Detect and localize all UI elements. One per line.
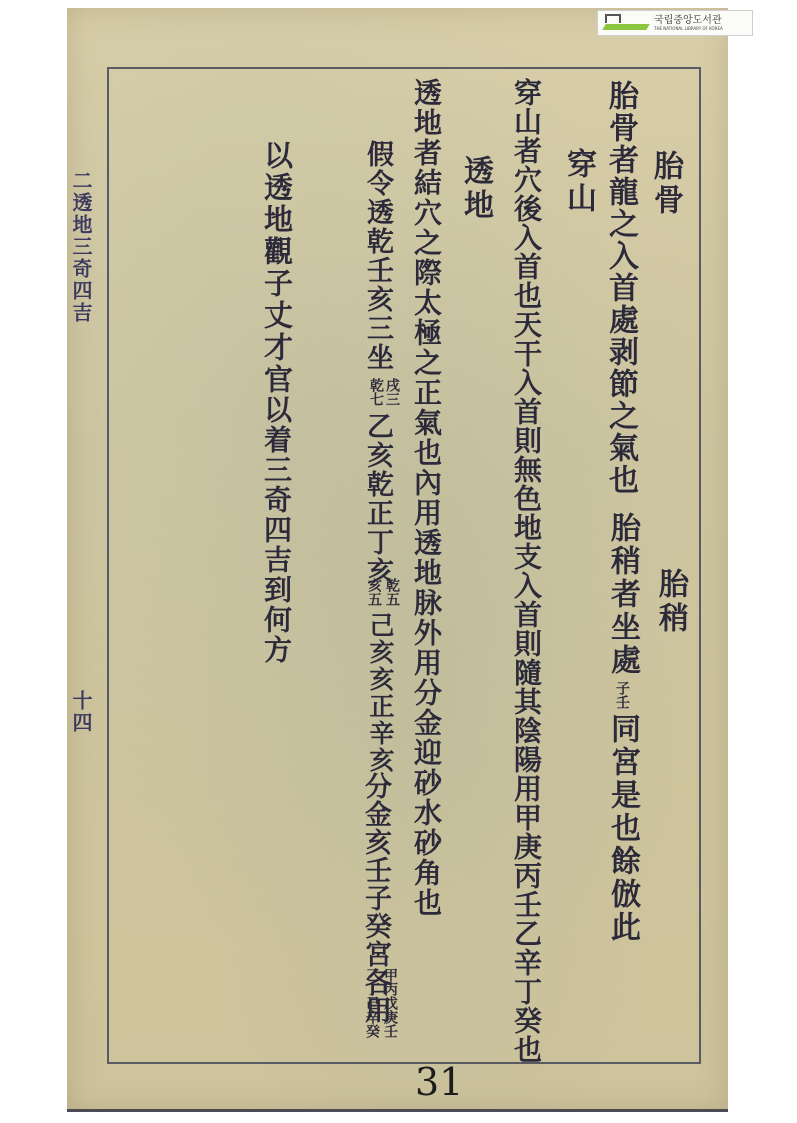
section-heading-chuanshan: 穿山 — [563, 148, 593, 216]
logo-english-text: THE NATIONAL LIBRARY OF KOREA — [654, 26, 723, 32]
section-text-taigu: 胎骨者龍之入首處剥節之氣也 — [605, 80, 635, 496]
taishao-note: 子壬 — [615, 681, 629, 709]
library-logo: 국립중앙도서관 THE NATIONAL LIBRARY OF KOREA — [597, 10, 753, 36]
example-note-f: 乙丁己辛癸 — [364, 968, 379, 1038]
section-text-taishao: 胎稍者坐處子壬同宮是也餘倣此 — [607, 512, 637, 944]
logo-korean-text: 국립중앙도서관 — [654, 15, 723, 26]
section-text-chuanshan: 穿山者穴後入首也天干入首則無色地支入首則隨其陰陽用甲庚丙壬乙辛丁癸也 — [512, 78, 540, 1064]
taishao-text-a: 胎稍者坐處 — [605, 512, 640, 677]
page-edge — [67, 1109, 728, 1112]
section-heading-taigu: 胎骨 — [650, 150, 680, 218]
example-text-b: 乙亥乾正丁亥 — [364, 412, 391, 586]
library-logo-icon — [602, 11, 650, 35]
example-text: 假令透乾壬亥三坐 — [364, 140, 391, 372]
example-note-d: 亥五 — [366, 578, 381, 606]
margin-top-text: 三奇四吉 — [69, 236, 93, 324]
example-note-a: 戌三 — [384, 378, 399, 406]
example-note-b: 乾七 — [368, 378, 383, 406]
taishao-text-b: 同宮是也餘倣此 — [605, 713, 640, 944]
section-heading-toudi: 透地 — [460, 155, 490, 223]
margin-bottom: 十四 — [67, 690, 96, 734]
section-text-toudi: 透地者結穴之際太極之正氣也內用透地脉外用分金迎砂水砂角也 — [412, 78, 440, 918]
section-heading-taishao: 胎稍 — [655, 568, 685, 636]
example-text-c: 己亥亥正辛亥 — [368, 612, 393, 774]
margin-prefix: 二透地 — [69, 170, 93, 236]
page-number: 31 — [415, 1060, 463, 1104]
example-text-a: 假令透乾壬亥三坐 — [362, 140, 393, 372]
final-text-a: 以透地觀子丈才官 — [262, 140, 291, 396]
example-note-e: 甲丙戊庚壬 — [382, 968, 397, 1038]
example-note-c: 乾五 — [384, 578, 399, 606]
final-text-b: 以着三奇四吉到何方 — [262, 395, 290, 665]
margin-label: 二透地三奇四吉 — [67, 170, 96, 324]
